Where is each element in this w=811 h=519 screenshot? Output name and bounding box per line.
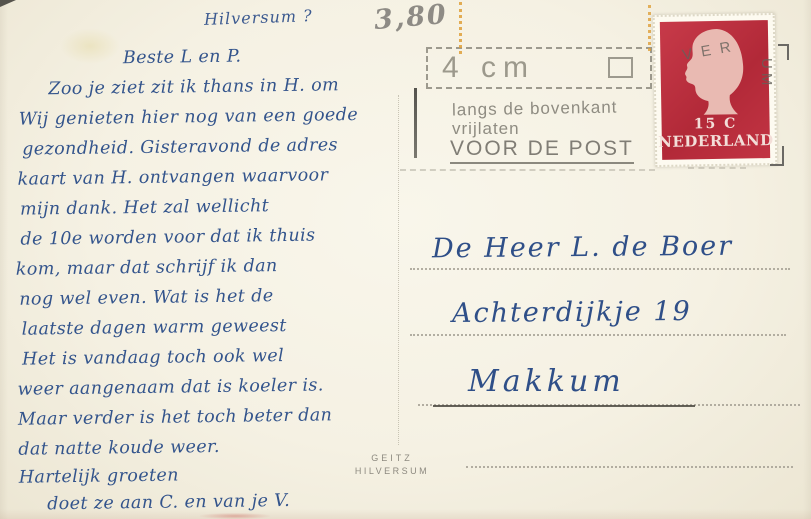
- pencil-price-annotation: 3,80: [373, 0, 449, 36]
- town-underline: [433, 405, 695, 407]
- stamp-value: 15 C: [694, 117, 738, 133]
- orange-crayon-mark: [648, 5, 651, 51]
- message-body: Beste L en P. Zoo je ziet zit ik thans i…: [13, 39, 412, 518]
- stamp-country: NEDERLAND: [658, 131, 774, 151]
- address-dotted-rule: [410, 334, 786, 336]
- cancel-box-square: [608, 57, 633, 78]
- message-line: Wij genieten hier nog van een goede: [14, 99, 406, 134]
- place-annotation: Hilversum ?: [204, 6, 313, 29]
- cancel-dashes: [688, 167, 746, 169]
- publisher-city: HILVERSUM: [344, 465, 440, 478]
- cancel-vertical-bar: [414, 88, 417, 158]
- publisher-imprint: GEITZ HILVERSUM: [344, 452, 440, 478]
- cancel-slogan-line3: VOOR DE POST: [450, 137, 634, 164]
- cancel-bracket-mark: [778, 44, 789, 60]
- cancel-dashes: [400, 169, 655, 171]
- postage-stamp: 15 C NEDERLAND: [653, 13, 778, 167]
- center-divider-line: [398, 95, 399, 445]
- address-line-town: Makkum: [468, 364, 625, 399]
- address-dotted-rule: [410, 268, 790, 270]
- address-line-recipient: De Heer L. de Boer: [432, 231, 733, 265]
- cancel-bracket-mark: [770, 146, 784, 166]
- publisher-name: GEITZ: [344, 452, 440, 465]
- queen-profile-silhouette: [660, 20, 770, 118]
- cancel-slogan-line1: langs de bovenkant: [452, 98, 618, 121]
- scan-corner-mark: [0, 0, 16, 7]
- cancel-slogan-line2: vrijlaten: [452, 119, 520, 139]
- postmark-text-side: UM: [758, 58, 775, 89]
- address-line-street: Achterdijkje 19: [452, 296, 692, 329]
- address-dotted-rule: [466, 466, 793, 468]
- message-line: doet ze aan C. en van je V.: [19, 486, 411, 518]
- orange-crayon-mark: [459, 2, 462, 54]
